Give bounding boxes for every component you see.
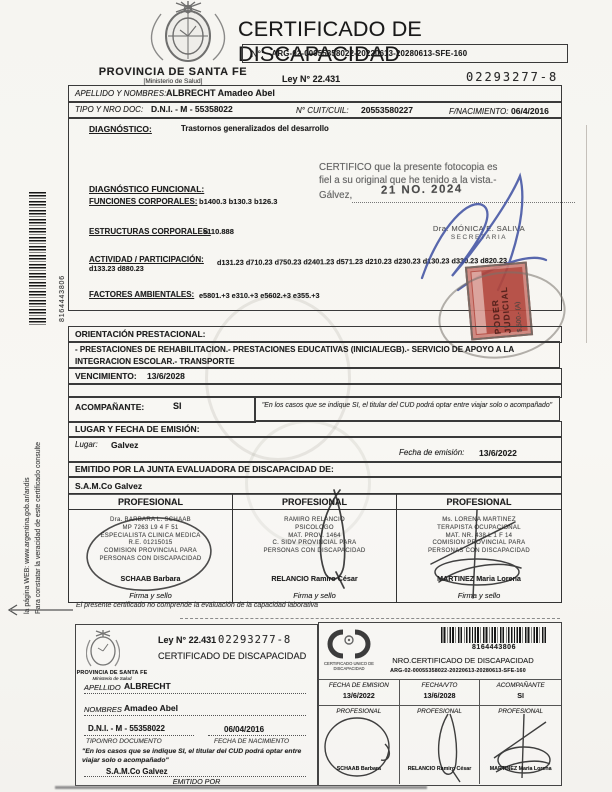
body-structures-label: ESTRUCTURAS CORPORALES:	[89, 227, 211, 236]
card-prof-name: SCHAAB Barbara	[319, 766, 399, 772]
barcode-number: 8164443806	[59, 275, 66, 322]
card-col-value: 13/6/2028	[400, 691, 480, 700]
card-surname-label: APELLIDO	[84, 683, 121, 692]
card-col-header: FECHA DE EMISION	[319, 682, 399, 689]
card-col-vto: FECHA/VTO 13/6/2028	[400, 680, 481, 706]
scan-edge-line	[586, 125, 587, 343]
birth-label: F/NACIMIENTO:	[449, 107, 508, 116]
issue-place-box: Lugar: Galvez Fecha de emisión: 13/6/202…	[68, 436, 562, 463]
card-col-header: FECHA/VTO	[400, 682, 480, 689]
body-structures-value: s110.888	[203, 227, 234, 236]
activity-label-line2: d133.23 d880.23	[89, 264, 144, 273]
professional-name-3: MARTINEZ Maria Lorena	[397, 574, 561, 583]
certificate-number-label: N°:	[251, 49, 264, 59]
cut-line	[180, 618, 560, 619]
card-prof-name: RELANCIO Ramiro César	[400, 766, 480, 772]
card-table: FECHA DE EMISION 13/6/2022 FECHA/VTO 13/…	[319, 679, 561, 784]
santa-fe-coat-of-arms-icon	[140, 1, 236, 64]
card-issuer: S.A.M.Co Galvez	[106, 767, 168, 776]
cud-logo-icon	[327, 629, 371, 659]
diagnosis-value: Trastornos generalizados del desarrollo	[181, 124, 329, 133]
diagnosis-label: DIAGNÓSTICO:	[89, 124, 152, 134]
functional-diagnosis-label: DIAGNÓSTICO FUNCIONAL:	[89, 184, 204, 194]
card-nro-label: NRO.CERTIFICADO DE DISCAPACIDAD	[369, 656, 557, 665]
card-serial: 02293277-8	[218, 634, 291, 646]
card-surname-value: ALBRECHT	[124, 681, 171, 691]
expiry-label: VENCIMIENTO:	[75, 371, 137, 381]
expiry-value: 13/6/2028	[147, 371, 185, 381]
card-col-value: 13/6/2022	[319, 691, 399, 700]
doc-type-label: TIPO Y NRO DOC:	[75, 105, 143, 114]
credential-card-left: PROVINCIA DE SANTA FE Ministerio de Salu…	[75, 624, 318, 786]
disclaimer-text: El presente certificado no comprende la …	[76, 602, 318, 609]
professionals-table: PROFESIONAL PROFESIONAL PROFESIONAL Dra.…	[68, 493, 562, 603]
verification-line1: Para constatar la veracidad de este cert…	[33, 314, 44, 614]
companion-box: ACOMPAÑANTE: SI	[68, 396, 256, 423]
firma-label-3: Firma y sello	[397, 591, 561, 600]
benefits-value: - PRESTACIONES DE REHABILITACION.- PREST…	[68, 341, 560, 368]
name-label: APELLIDO Y NOMBRES:	[75, 89, 166, 98]
verification-line2: la página WEB: www.argentina.gob.ar/andi…	[22, 314, 33, 614]
dotted-rule	[84, 715, 306, 716]
certificate-number-value: ARG-02-00055358022-20220613-20280613-SFE…	[272, 49, 468, 58]
province-block: PROVINCIA DE SANTA FE [Ministerio de Sal…	[92, 66, 254, 85]
card-prof-cell-3: PROFESIONAL MARTINEZ Maria Lorena	[480, 706, 561, 784]
card-law-label: Ley N° 22.431	[158, 635, 216, 645]
card-nro-value: ARG-02-00055358022-20220613-20280613-SFE…	[359, 668, 557, 674]
scan-shadow-line	[55, 786, 427, 789]
law-label: Ley N° 22.431	[282, 74, 340, 84]
card-signature-relancio	[414, 712, 474, 784]
card-birth-value: 06/04/2016	[224, 725, 264, 734]
vertical-barcode	[29, 192, 46, 325]
arrow-left-icon	[3, 603, 75, 617]
verification-note: la página WEB: www.argentina.gob.ar/andi…	[22, 314, 44, 614]
card-title: CERTIFICADO DE DISCAPACIDAD	[158, 651, 306, 661]
card-note: "En los casos que se indique SI, el titu…	[82, 748, 312, 766]
benefits-label: ORIENTACIÓN PRESTACIONAL:	[75, 329, 206, 339]
issue-date-value: 13/6/2022	[479, 448, 517, 458]
card-province-block: PROVINCIA DE SANTA FE Ministerio de Salu…	[76, 670, 148, 681]
board-value: S.A.M.Co Galvez	[75, 481, 142, 491]
birth-value: 06/4/2016	[511, 106, 549, 116]
card-prof-cell-1: PROFESIONAL SCHAAB Barbara	[319, 706, 400, 784]
issue-header: LUGAR Y FECHA DE EMISIÓN:	[75, 424, 200, 434]
companion-note: "En los casos que se indique SI, el titu…	[254, 396, 560, 421]
card-col-header: ACOMPAÑANTE	[480, 682, 561, 689]
dotted-rule	[84, 735, 194, 736]
professional-name-1: SCHAAB Barbara	[69, 574, 232, 583]
body-functions-value: b1400.3 b130.3 b126.3	[199, 197, 277, 206]
card-dni-value: D.N.I. - M - 55358022	[88, 724, 165, 733]
card-col-value: SI	[480, 691, 561, 700]
environmental-label: FACTORES AMBIENTALES:	[89, 290, 194, 299]
signature-martinez	[403, 504, 553, 604]
card-col-emision: FECHA DE EMISION 13/6/2022	[319, 680, 400, 706]
professional-cell-3: Ms. LORENA MARTINEZ TERAPISTA OCUPACIONA…	[397, 510, 561, 602]
professional-header-1: PROFESIONAL	[69, 494, 233, 510]
environmental-value: e5801.+3 e310.+3 e5602.+3 e355.+3	[199, 291, 320, 300]
province-name: PROVINCIA DE SANTA FE	[92, 66, 254, 78]
firma-label-1: Firma y sello	[69, 591, 232, 600]
certificate-scan-page: CERTIFICADO DE DISCAPACIDAD N°: ARG-02-0…	[0, 0, 612, 792]
issue-date-label: Fecha de emisión:	[399, 448, 464, 457]
card-barcode-number: 8164443806	[441, 644, 547, 651]
card-birth-caption: FECHA DE NACIMIENTO	[214, 738, 289, 745]
card-names-label: NOMBRES	[84, 705, 122, 714]
place-label: Lugar:	[75, 440, 98, 449]
serial-number: 02293277-8	[466, 70, 558, 84]
body-functions-label: FUNCIONES CORPORALES:	[89, 197, 197, 206]
dotted-rule	[84, 693, 306, 694]
activity-label: ACTIVIDAD / PARTICIPACIÓN:	[89, 255, 204, 264]
card-prof-cell-2: PROFESIONAL RELANCIO Ramiro César	[400, 706, 481, 784]
professional-cell-2: RAMIRO RELANCIO PSICOLOGO MAT. PROV. 146…	[233, 510, 397, 602]
board-header: EMITIDO POR LA JUNTA EVALUADORA DE DISCA…	[75, 464, 334, 474]
notary-city: Gálvez,	[319, 190, 352, 203]
card-col-acompanante: ACOMPAÑANTE SI	[480, 680, 561, 706]
cuit-value: 20553580227	[361, 105, 413, 115]
cuit-label: N° CUIT/CUIL:	[296, 106, 349, 115]
card-issuer-caption: EMITIDO POR	[76, 777, 317, 786]
mini-coat-of-arms-icon	[86, 630, 120, 670]
signature-schaab	[77, 512, 227, 602]
firma-label-2: Firma y sello	[233, 591, 396, 600]
companion-value: SI	[173, 401, 182, 411]
doc-type-value: D.N.I. - M - 55358022	[151, 104, 233, 114]
dotted-rule	[208, 735, 306, 736]
card-doc-caption: TIPO/NRO DOCUMENTO	[86, 738, 162, 745]
certificate-number-box: N°: ARG-02-00055358022-20220613-20280613…	[242, 44, 568, 63]
card-names-value: Amadeo Abel	[124, 703, 178, 713]
card-barcode	[441, 627, 547, 643]
companion-label: ACOMPAÑANTE:	[75, 402, 144, 412]
place-value: Galvez	[111, 440, 138, 450]
ministry-name: [Ministerio de Salud]	[92, 78, 254, 85]
name-value: ALBRECHT Amadeo Abel	[166, 88, 275, 98]
professional-cell-1: Dra. BARBARA L. SCHAAB MP 7263 L9 4 F 51…	[69, 510, 233, 602]
credential-card-right: CERTIFICADO UNICO DE DISCAPACIDAD 816444…	[318, 622, 562, 786]
card-prof-name: MARTINEZ Maria Lorena	[480, 766, 561, 772]
professional-name-2: RELANCIO Ramiro César	[233, 574, 396, 583]
